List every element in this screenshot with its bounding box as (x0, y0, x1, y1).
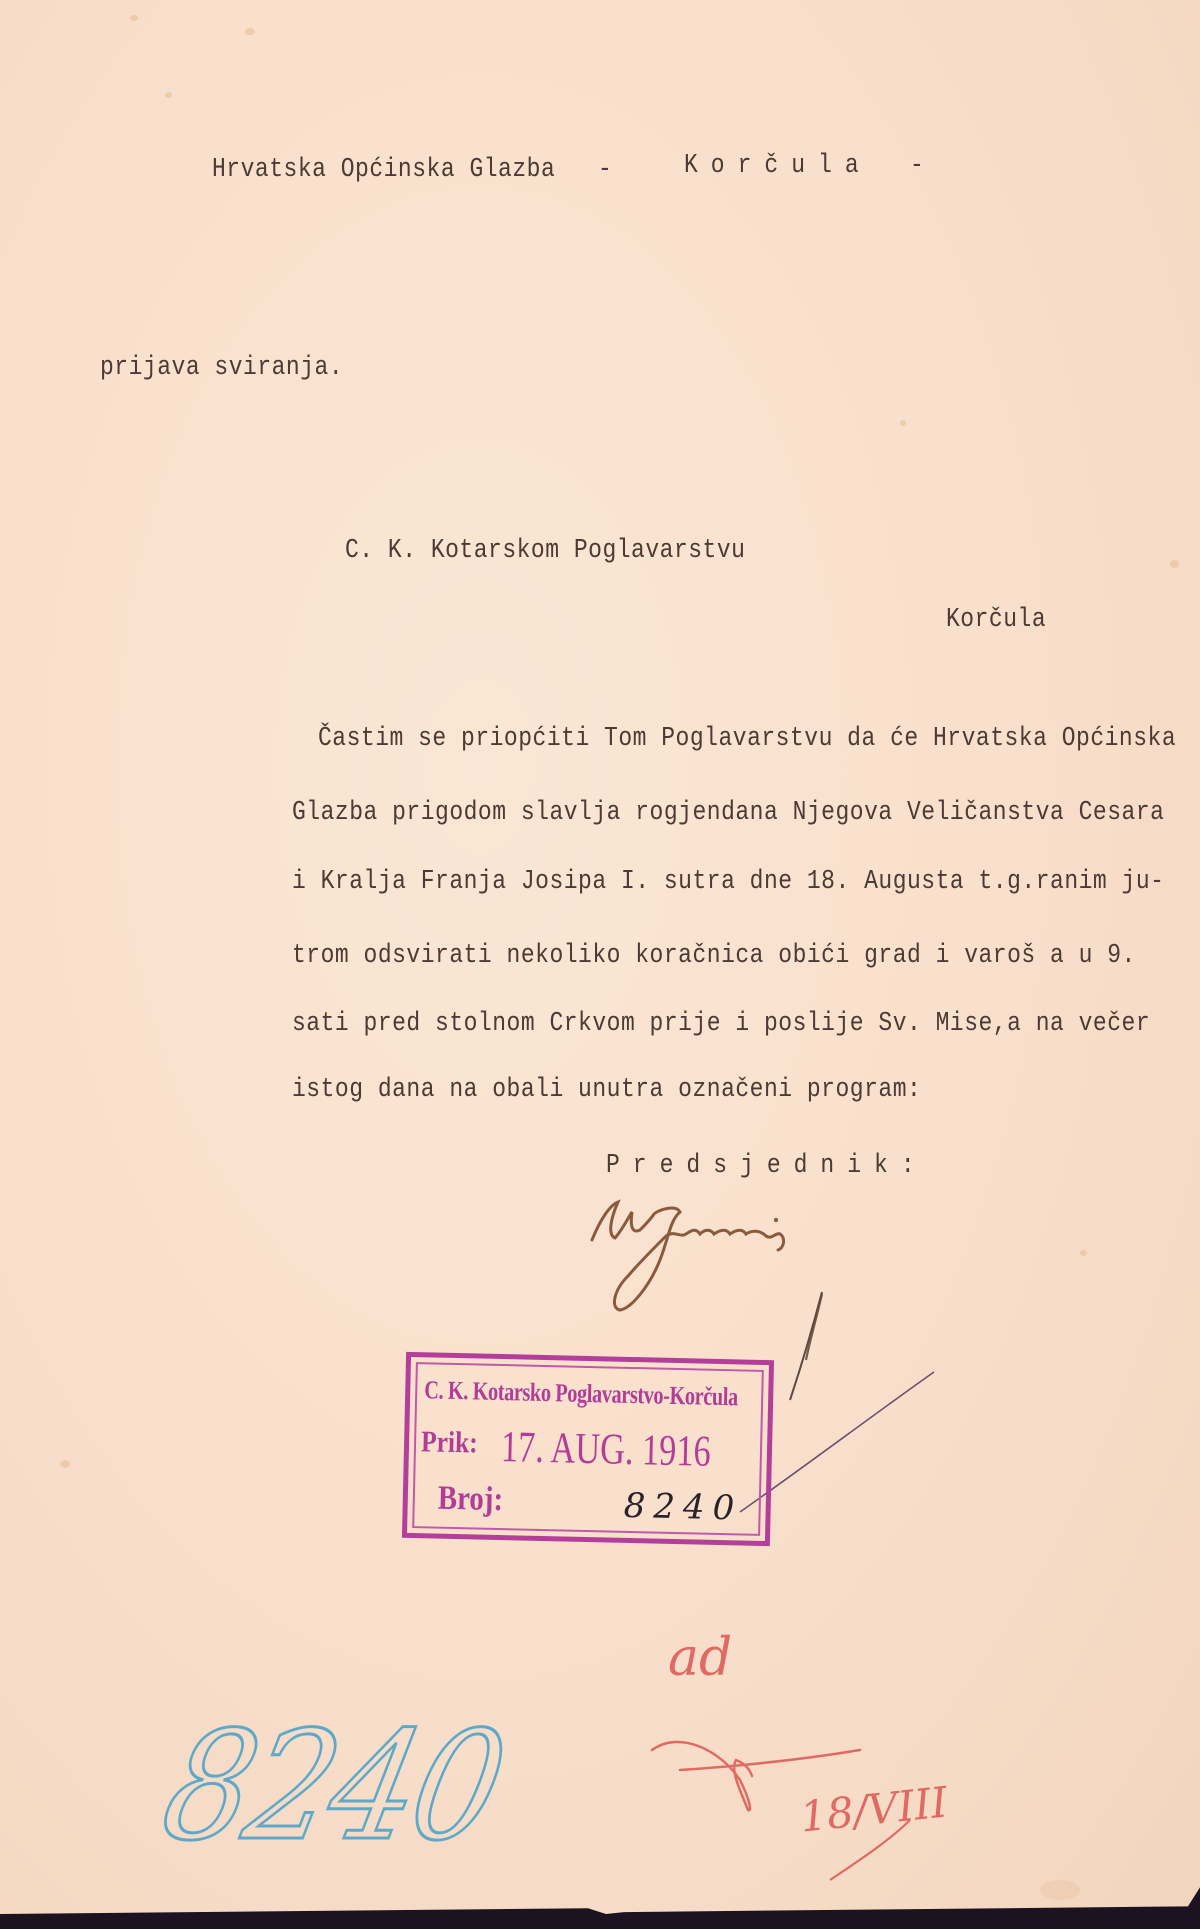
signatory-title: Predsjednik: (606, 1150, 928, 1180)
stamp-number-label: Broj: (437, 1480, 503, 1519)
body-line: Častim se priopćiti Tom Poglavarstvu da … (318, 723, 1176, 753)
body-line: Glazba prigodom slavlja rogjendana Njego… (292, 797, 1164, 827)
handwritten-signature (580, 1190, 860, 1340)
letterhead-dash: - (910, 150, 924, 180)
stamp-office: C. K. Kotarsko Poglavarstvo-Korčula (424, 1375, 738, 1412)
recipient-town: Korčula (946, 604, 1046, 634)
body-line: sati pred stolnom Crkvom prije i poslije… (292, 1008, 1150, 1038)
stamp-date: 17. AUG. 1916 (500, 1421, 711, 1477)
body-line: istog dana na obali unutra označeni prog… (292, 1074, 921, 1104)
letterhead-organization: Hrvatska Općinska Glazba (212, 154, 555, 184)
blue-pencil-number: 8240 (150, 1700, 516, 1874)
recipient-office: C. K. Kotarskom Poglavarstvu (345, 535, 745, 565)
body-line: i Kralja Franja Josipa I. sutra dne 18. … (292, 866, 1164, 896)
subject-line: prijava sviranja. (100, 352, 343, 382)
stamp-handwritten-number: 8240 (623, 1486, 742, 1529)
letterhead-town: Korčula (684, 150, 872, 180)
red-pencil-note: ad (668, 1628, 732, 1688)
stamp-received-label: Prik: (421, 1425, 478, 1460)
letterhead-dash: - (598, 154, 612, 184)
receipt-stamp: C. K. Kotarsko Poglavarstvo-Korčula Prik… (402, 1352, 774, 1546)
body-line: trom odsvirati nekoliko koračnica obići … (292, 940, 1136, 970)
